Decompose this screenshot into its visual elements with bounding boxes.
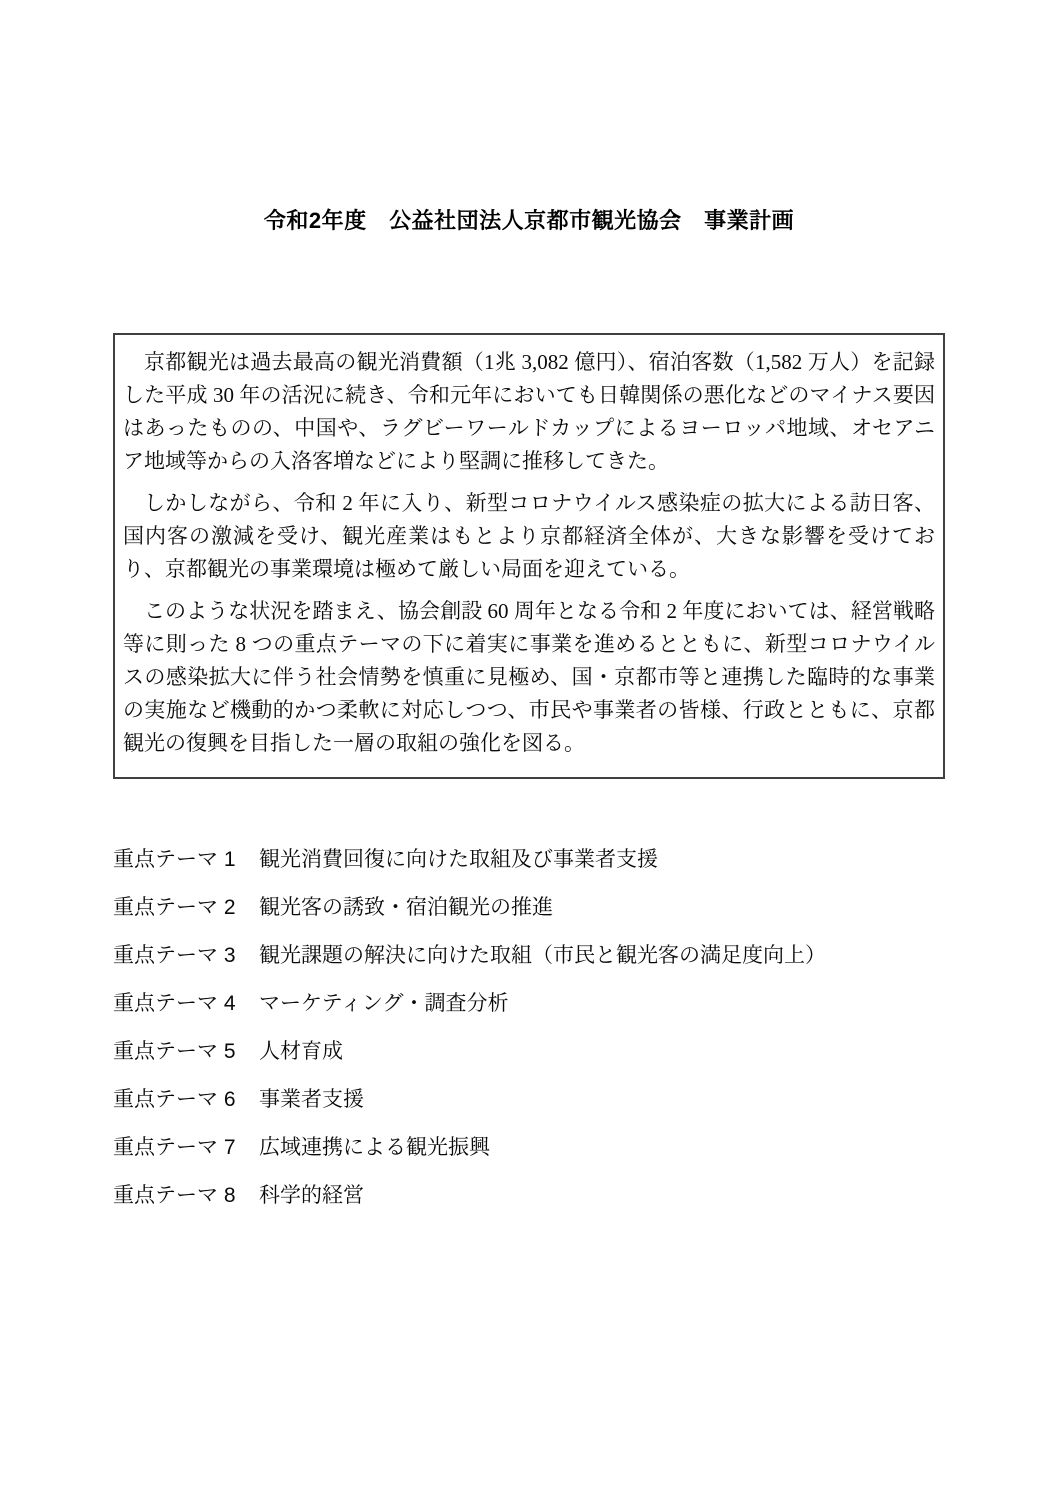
theme-label: 重点テーマ 8	[113, 1185, 259, 1206]
theme-item-5: 重点テーマ 5 人材育成	[113, 1041, 945, 1062]
overview-paragraph-3: このような状況を踏まえ、協会創設 60 周年となる令和 2 年度においては、経営…	[123, 595, 935, 760]
document-title: 令和2年度 公益社団法人京都市観光協会 事業計画	[113, 208, 945, 234]
overview-paragraph-2: しかしながら、令和 2 年に入り、新型コロナウイルス感染症の拡大による訪日客、国…	[123, 487, 935, 586]
overview-paragraph-1: 京都観光は過去最高の観光消費額（1兆 3,082 億円）、宿泊客数（1,582 …	[123, 346, 935, 478]
theme-label: 重点テーマ 4	[113, 993, 259, 1014]
theme-item-2: 重点テーマ 2 観光客の誘致・宿泊観光の推進	[113, 897, 945, 918]
theme-title: 広域連携による観光振興	[259, 1137, 490, 1158]
theme-label: 重点テーマ 3	[113, 945, 259, 966]
theme-title: 観光消費回復に向けた取組及び事業者支援	[259, 849, 658, 870]
document-page: 令和2年度 公益社団法人京都市観光協会 事業計画 京都観光は過去最高の観光消費額…	[0, 0, 1058, 1497]
theme-title: 人材育成	[259, 1041, 343, 1062]
theme-item-6: 重点テーマ 6 事業者支援	[113, 1089, 945, 1110]
theme-label: 重点テーマ 2	[113, 897, 259, 918]
theme-list: 重点テーマ 1 観光消費回復に向けた取組及び事業者支援 重点テーマ 2 観光客の…	[113, 849, 945, 1206]
theme-label: 重点テーマ 1	[113, 849, 259, 870]
theme-label: 重点テーマ 5	[113, 1041, 259, 1062]
theme-title: 観光課題の解決に向けた取組（市民と観光客の満足度向上）	[259, 945, 826, 966]
theme-item-7: 重点テーマ 7 広域連携による観光振興	[113, 1137, 945, 1158]
theme-item-3: 重点テーマ 3 観光課題の解決に向けた取組（市民と観光客の満足度向上）	[113, 945, 945, 966]
theme-title: 観光客の誘致・宿泊観光の推進	[259, 897, 553, 918]
theme-label: 重点テーマ 6	[113, 1089, 259, 1110]
overview-box: 京都観光は過去最高の観光消費額（1兆 3,082 億円）、宿泊客数（1,582 …	[113, 333, 945, 779]
theme-item-1: 重点テーマ 1 観光消費回復に向けた取組及び事業者支援	[113, 849, 945, 870]
theme-item-8: 重点テーマ 8 科学的経営	[113, 1185, 945, 1206]
theme-title: 科学的経営	[259, 1185, 364, 1206]
theme-item-4: 重点テーマ 4 マーケティング・調査分析	[113, 993, 945, 1014]
theme-title: 事業者支援	[259, 1089, 364, 1110]
theme-title: マーケティング・調査分析	[259, 993, 508, 1014]
theme-label: 重点テーマ 7	[113, 1137, 259, 1158]
